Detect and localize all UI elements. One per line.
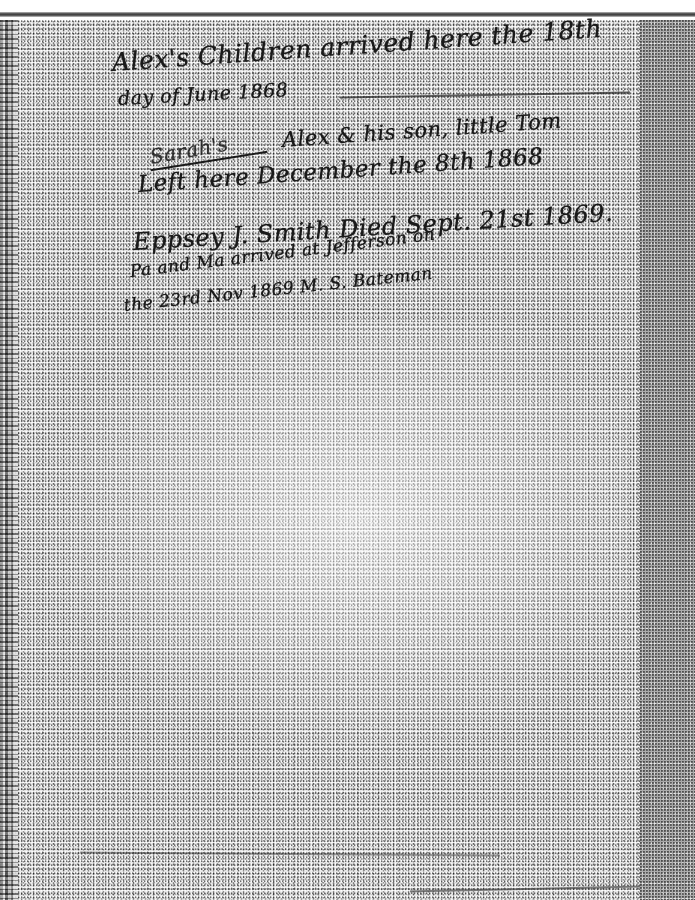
page-binding-edge <box>0 20 18 900</box>
scanned-page <box>0 20 695 900</box>
page-right-margin <box>640 20 695 900</box>
